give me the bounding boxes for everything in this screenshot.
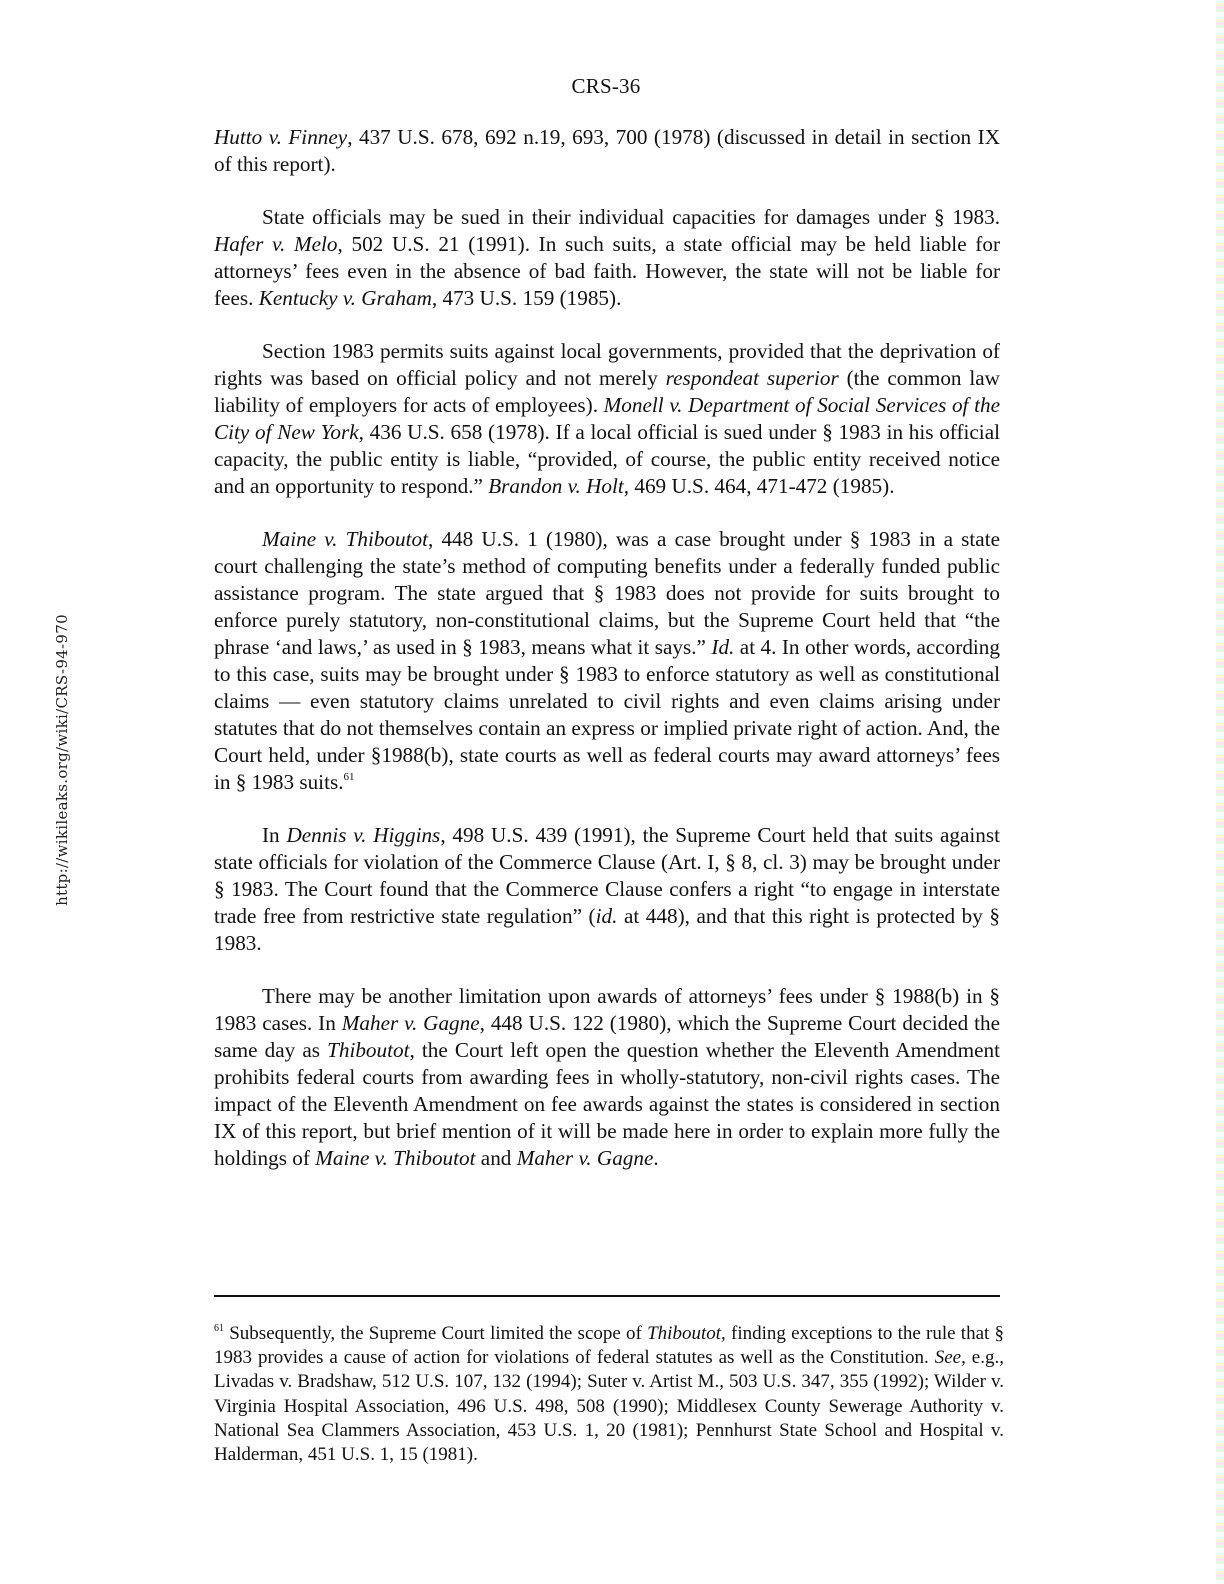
italic-citation: Maine v. Thiboutot <box>315 1146 475 1170</box>
italic-citation: Thiboutot <box>327 1038 409 1062</box>
paragraph: Section 1983 permits suits against local… <box>214 338 1000 500</box>
text-run: State officials may be sued in their ind… <box>262 205 1000 229</box>
paragraph: There may be another limitation upon awa… <box>214 983 1000 1172</box>
italic-citation: Maine v. Thiboutot <box>262 527 428 551</box>
paragraph: State officials may be sued in their ind… <box>214 204 1000 312</box>
footnote-number: 61 <box>214 1323 224 1334</box>
italic-citation: Maher v. Gagne <box>517 1146 654 1170</box>
footnote-reference[interactable]: 61 <box>344 771 355 783</box>
body-text: Hutto v. Finney, 437 U.S. 678, 692 n.19,… <box>214 124 1000 1198</box>
paragraph: Maine v. Thiboutot, 448 U.S. 1 (1980), w… <box>214 526 1000 796</box>
footnotes: 61 Subsequently, the Supreme Court limit… <box>214 1322 1004 1467</box>
text-run: and <box>476 1146 517 1170</box>
italic-citation: Thiboutot <box>647 1323 721 1344</box>
italic-citation: Brandon v. Holt <box>488 474 624 498</box>
italic-citation: Maher v. Gagne <box>342 1011 480 1035</box>
italic-citation: Kentucky v. Graham <box>259 286 432 310</box>
italic-citation: Dennis v. Higgins <box>286 823 440 847</box>
side-margin-url: http://wikileaks.org/wiki/CRS-94-970 <box>53 614 71 906</box>
italic-citation: Id. <box>711 635 734 659</box>
italic-citation: See <box>935 1347 961 1368</box>
paragraph: Hutto v. Finney, 437 U.S. 678, 692 n.19,… <box>214 124 1000 178</box>
footnote: 61 Subsequently, the Supreme Court limit… <box>214 1322 1004 1467</box>
italic-citation: id. <box>596 904 618 928</box>
footnote-divider <box>214 1295 1000 1297</box>
scan-edge-strip <box>1216 0 1224 1584</box>
text-run: , 473 U.S. 159 (1985). <box>432 286 622 310</box>
italic-citation: Hutto v. Finney <box>214 125 347 149</box>
text-run: , 469 U.S. 464, 471-472 (1985). <box>624 474 895 498</box>
text-run: In <box>262 823 286 847</box>
italic-citation: Hafer v. Melo <box>214 232 337 256</box>
italic-citation: respondeat superior <box>666 366 839 390</box>
text-run: Subsequently, the Supreme Court limited … <box>224 1323 647 1344</box>
page-header: CRS-36 <box>0 74 1212 99</box>
text-run: . <box>653 1146 658 1170</box>
paragraph: In Dennis v. Higgins, 498 U.S. 439 (1991… <box>214 822 1000 957</box>
